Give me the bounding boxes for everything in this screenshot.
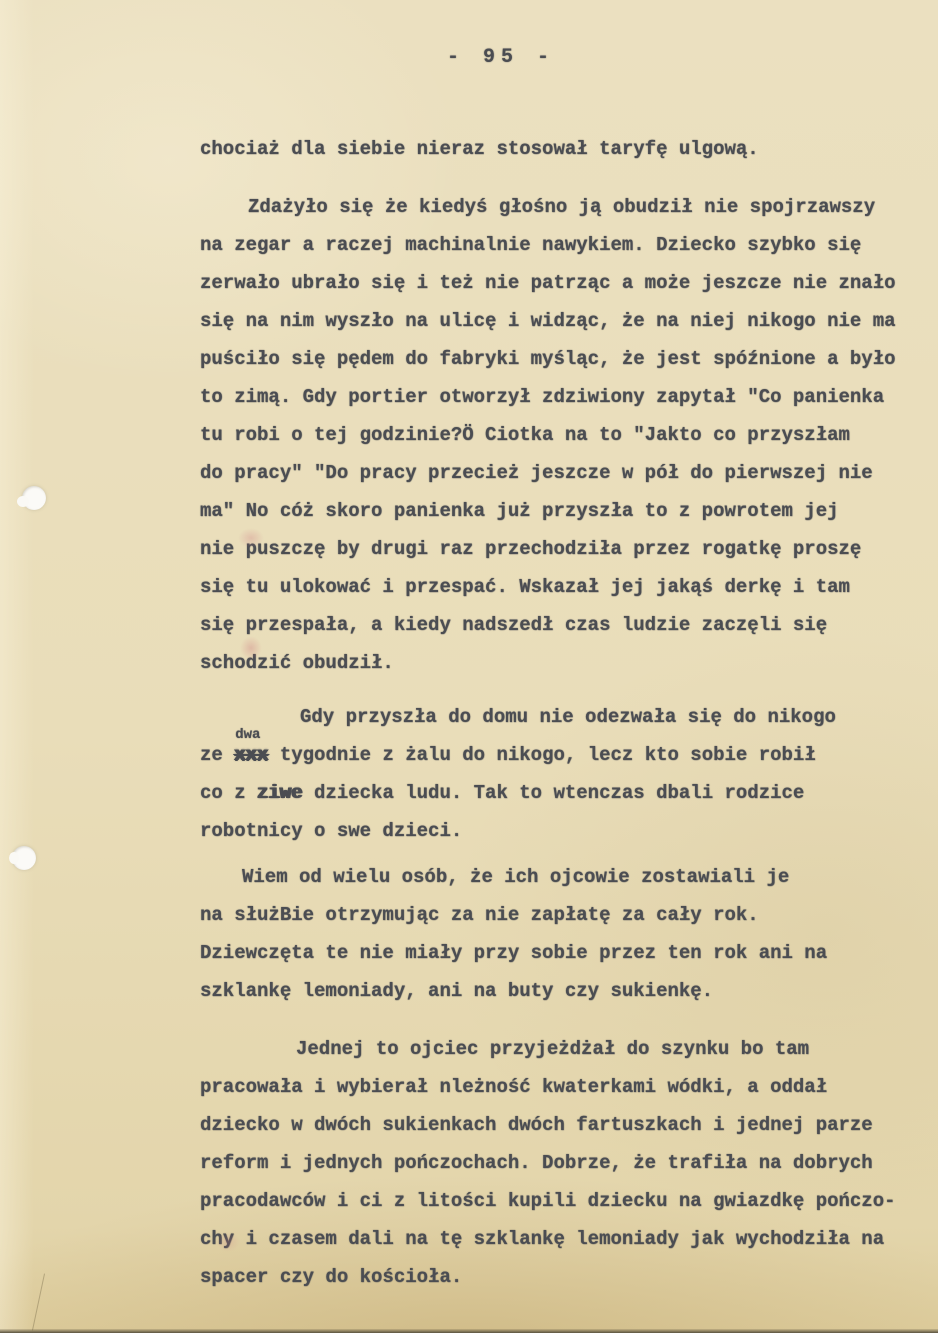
text-line: tu robi o tej godzinie?Ö Ciotka na to "J… [200, 416, 912, 454]
scan-edge [0, 1329, 938, 1333]
typewritten-text: chociaż dla siebie nieraz stosował taryf… [200, 130, 912, 1296]
text-segment: ze [200, 744, 234, 766]
text-segment: Gdy przyszła do domu nie odezwała się do… [300, 706, 836, 728]
text-line: Wiem od wielu osób, że ich ojcowie zosta… [200, 858, 912, 896]
paragraph: Wiem od wielu osób, że ich ojcowie zosta… [200, 858, 912, 1010]
text-segment: reform i jednych pończochach. Dobrze, że… [200, 1152, 873, 1174]
paragraph: Zdażyło się że kiedyś głośno ją obudził … [200, 188, 912, 682]
text-segment: dziecka ludu. Tak to wtenczas dbali rodz… [303, 782, 805, 804]
text-segment: na służBie otrzymując za nie zapłatę za … [200, 904, 759, 926]
correction-overtyped: ziwe [257, 782, 303, 804]
text-segment: tu robi o tej godzinie?Ö Ciotka na to "J… [200, 424, 850, 446]
text-line: nie puszczę by drugi raz przechodziła pr… [200, 530, 912, 568]
text-segment: schodzić obudził. [200, 652, 394, 674]
text-segment: ma" No cóż skoro panienka już przyszła t… [200, 500, 839, 522]
text-line: Gdy przyszła do domu nie odezwała się do… [200, 698, 912, 736]
text-segment: chociaż dla siebie nieraz stosował taryf… [200, 138, 759, 160]
text-line: pracodawców i ci z litości kupili dzieck… [200, 1182, 912, 1220]
text-line: się przespała, a kiedy nadszedł czas lud… [200, 606, 912, 644]
text-line: szklankę lemoniady, ani na buty czy suki… [200, 972, 912, 1010]
text-line: schodzić obudził. [200, 644, 912, 682]
paper-crease [32, 1274, 45, 1331]
text-line: ze xxxdwa tygodnie z żalu do nikogo, lec… [200, 736, 912, 774]
text-line: ma" No cóż skoro panienka już przyszła t… [200, 492, 912, 530]
text-line: zerwało ubrało się i też nie patrząc a m… [200, 264, 912, 302]
text-segment: pracowała i wybierał nleżność kwaterkami… [200, 1076, 827, 1098]
text-segment: Jednej to ojciec przyjeżdżał do szynku b… [296, 1038, 809, 1060]
text-line: się tu ulokować i przespać. Wskazał jej … [200, 568, 912, 606]
text-segment: to zimą. Gdy portier otworzył zdziwiony … [200, 386, 884, 408]
text-line: reform i jednych pończochach. Dobrze, że… [200, 1144, 912, 1182]
text-segment: tygodnie z żalu do nikogo, lecz kto sobi… [268, 744, 815, 766]
text-line: puściło się pędem do fabryki myśląc, że … [200, 340, 912, 378]
punch-hole-bottom [12, 846, 36, 870]
text-line: na zegar a raczej machinalnie nawykiem. … [200, 226, 912, 264]
text-segment: na zegar a raczej machinalnie nawykiem. … [200, 234, 861, 256]
text-line: co z ziwe dziecka ludu. Tak to wtenczas … [200, 774, 912, 812]
paragraph: chociaż dla siebie nieraz stosował taryf… [200, 130, 912, 168]
text-segment: się na nim wyszło na ulicę i widząc, że … [200, 310, 896, 332]
text-line: do pracy" "Do pracy przecież jeszcze w p… [200, 454, 912, 492]
text-line: spacer czy do kościoła. [200, 1258, 912, 1296]
text-segment: do pracy" "Do pracy przecież jeszcze w p… [200, 462, 873, 484]
text-line: chociaż dla siebie nieraz stosował taryf… [200, 130, 912, 168]
text-segment: nie puszczę by drugi raz przechodziła pr… [200, 538, 861, 560]
text-line: chy i czasem dali na tę szklankę lemonia… [200, 1220, 912, 1258]
paragraph: Gdy przyszła do domu nie odezwała się do… [200, 698, 912, 850]
text-line: się na nim wyszło na ulicę i widząc, że … [200, 302, 912, 340]
text-segment: chy i czasem dali na tę szklankę lemonia… [200, 1228, 884, 1250]
text-line: Dziewczęta te nie miały przy sobie przez… [200, 934, 912, 972]
text-segment: puściło się pędem do fabryki myśląc, że … [200, 348, 896, 370]
text-segment: dziecko w dwóch sukienkach dwóch fartusz… [200, 1114, 873, 1136]
scanned-page: - 95 - chociaż dla siebie nieraz stosowa… [0, 0, 938, 1333]
text-segment: pracodawców i ci z litości kupili dzieck… [200, 1190, 896, 1212]
text-line: robotnicy o swe dzieci. [200, 812, 912, 850]
correction-struck: xxxdwa [234, 744, 268, 766]
text-segment: Wiem od wielu osób, że ich ojcowie zosta… [242, 866, 789, 888]
text-line: dziecko w dwóch sukienkach dwóch fartusz… [200, 1106, 912, 1144]
correction-above: dwa [235, 728, 260, 742]
text-segment: się przespała, a kiedy nadszedł czas lud… [200, 614, 827, 636]
text-line: Jednej to ojciec przyjeżdżał do szynku b… [200, 1030, 912, 1068]
page-number: - 95 - [0, 46, 938, 69]
text-segment: Zdażyło się że kiedyś głośno ją obudził … [248, 196, 875, 218]
paragraph: Jednej to ojciec przyjeżdżał do szynku b… [200, 1030, 912, 1296]
text-segment: zerwało ubrało się i też nie patrząc a m… [200, 272, 896, 294]
text-line: na służBie otrzymując za nie zapłatę za … [200, 896, 912, 934]
text-segment: co z [200, 782, 257, 804]
text-line: to zimą. Gdy portier otworzył zdziwiony … [200, 378, 912, 416]
text-line: pracowała i wybierał nleżność kwaterkami… [200, 1068, 912, 1106]
text-segment: spacer czy do kościoła. [200, 1266, 462, 1288]
punch-hole-top [22, 486, 46, 510]
text-segment: szklankę lemoniady, ani na buty czy suki… [200, 980, 713, 1002]
text-line: Zdażyło się że kiedyś głośno ją obudził … [200, 188, 912, 226]
text-segment: Dziewczęta te nie miały przy sobie przez… [200, 942, 827, 964]
text-segment: się tu ulokować i przespać. Wskazał jej … [200, 576, 850, 598]
text-segment: robotnicy o swe dzieci. [200, 820, 462, 842]
